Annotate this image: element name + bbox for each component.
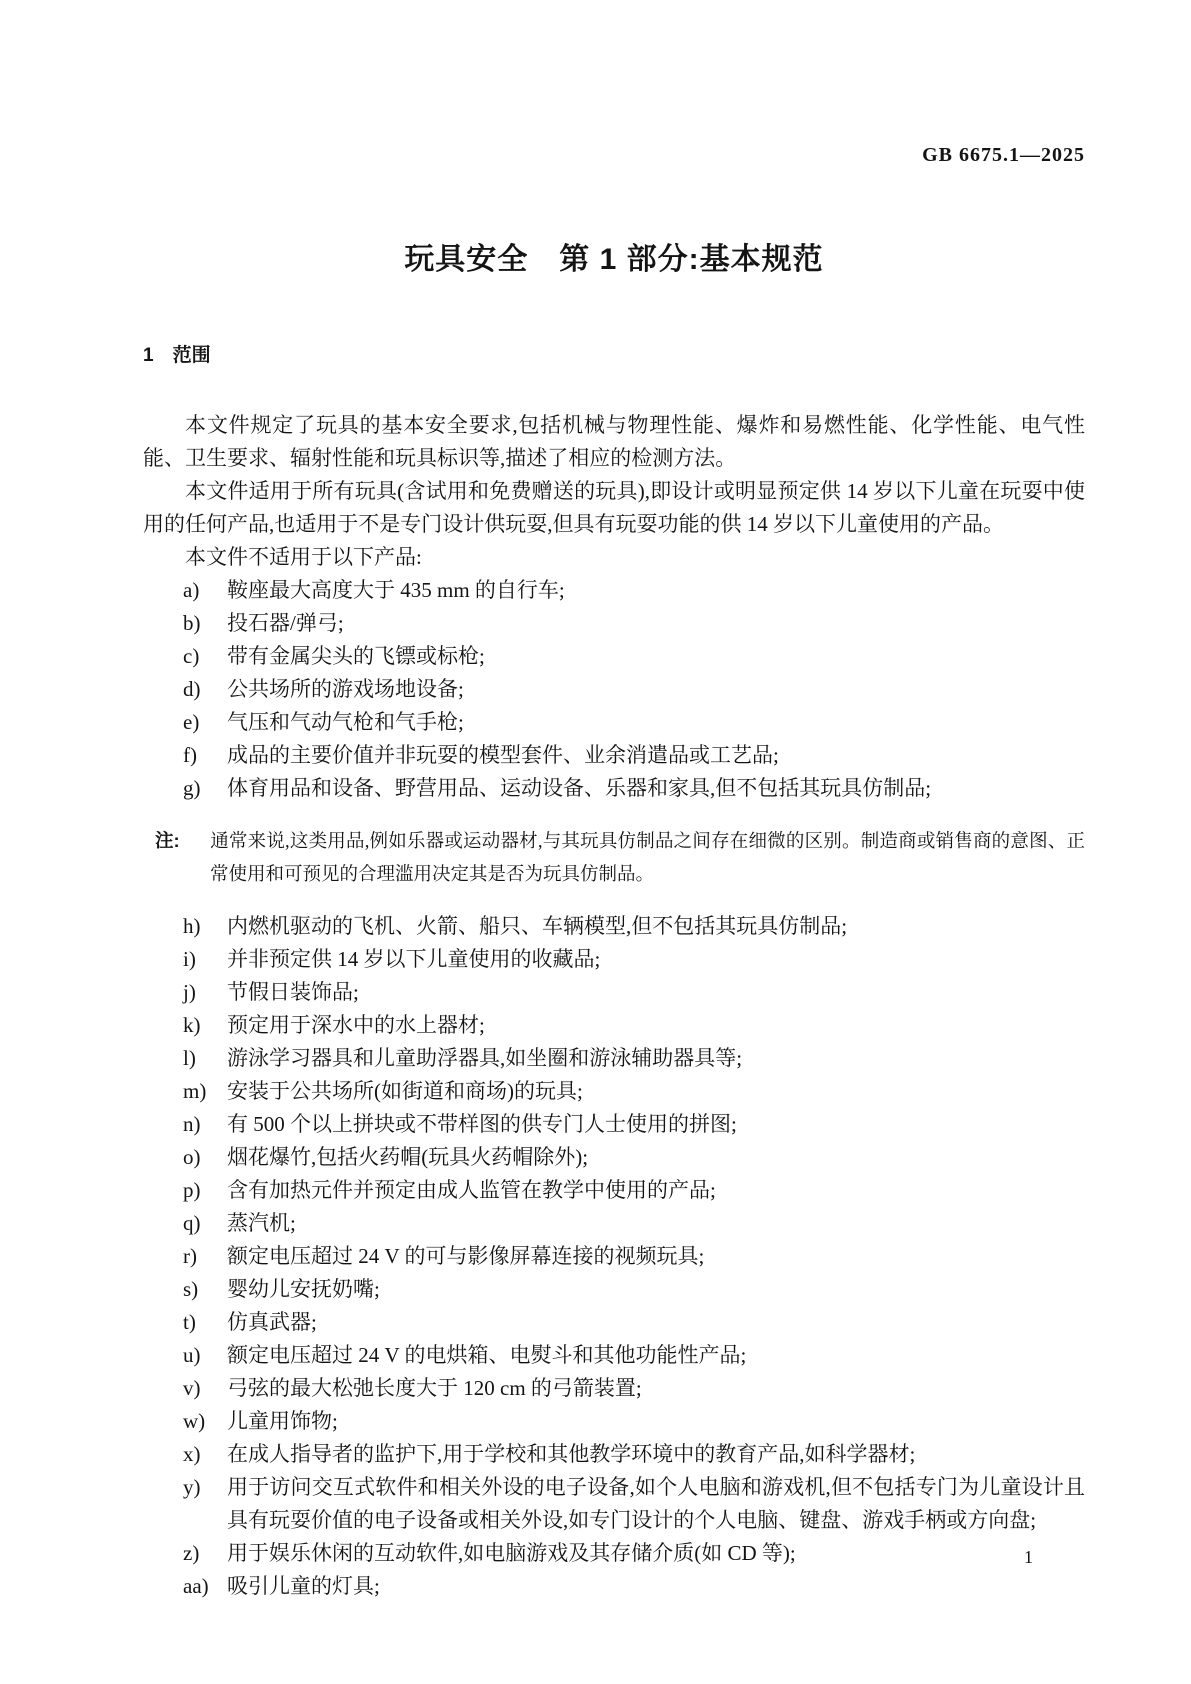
list-item: g)体育用品和设备、野营用品、运动设备、乐器和家具,但不包括其玩具仿制品;: [183, 772, 1085, 805]
list-item-text: 带有金属尖头的飞镖或标枪;: [227, 640, 1085, 673]
list-item-text: 体育用品和设备、野营用品、运动设备、乐器和家具,但不包括其玩具仿制品;: [227, 772, 1085, 805]
list-item: v)弓弦的最大松弛长度大于 120 cm 的弓箭装置;: [183, 1372, 1085, 1405]
list-item: aa)吸引儿童的灯具;: [183, 1570, 1085, 1603]
standard-number: GB 6675.1—2025: [143, 0, 1085, 165]
list-item: x)在成人指导者的监护下,用于学校和其他教学环境中的教育产品,如科学器材;: [183, 1438, 1085, 1471]
list-item-label: aa): [183, 1570, 227, 1603]
list-item: w)儿童用饰物;: [183, 1405, 1085, 1438]
list-item: l)游泳学习器具和儿童助浮器具,如坐圈和游泳辅助器具等;: [183, 1042, 1085, 1075]
list-item-label: q): [183, 1207, 227, 1240]
list-item-label: w): [183, 1405, 227, 1438]
list-item: y)用于访问交互式软件和相关外设的电子设备,如个人电脑和游戏机,但不包括专门为儿…: [183, 1471, 1085, 1537]
list-item: j)节假日装饰品;: [183, 976, 1085, 1009]
list-item-label: m): [183, 1075, 227, 1108]
list-item-label: l): [183, 1042, 227, 1075]
list-item-text: 内燃机驱动的飞机、火箭、船只、车辆模型,但不包括其玩具仿制品;: [227, 910, 1085, 943]
list-item-text: 预定用于深水中的水上器材;: [227, 1009, 1085, 1042]
list-item-text: 额定电压超过 24 V 的可与影像屏幕连接的视频玩具;: [227, 1240, 1085, 1273]
list-item: t)仿真武器;: [183, 1306, 1085, 1339]
list-item-label: x): [183, 1438, 227, 1471]
list-item-label: f): [183, 739, 227, 772]
list-item: b)投石器/弹弓;: [183, 607, 1085, 640]
list-item: r)额定电压超过 24 V 的可与影像屏幕连接的视频玩具;: [183, 1240, 1085, 1273]
list-item-text: 并非预定供 14 岁以下儿童使用的收藏品;: [227, 943, 1085, 976]
list-item-label: o): [183, 1141, 227, 1174]
list-item-label: h): [183, 910, 227, 943]
list-item-label: s): [183, 1273, 227, 1306]
list-item-text: 蒸汽机;: [227, 1207, 1085, 1240]
page-title: 玩具安全 第 1 部分:基本规范: [143, 243, 1085, 277]
list-item-text: 含有加热元件并预定由成人监管在教学中使用的产品;: [227, 1174, 1085, 1207]
list-item-text: 节假日装饰品;: [227, 976, 1085, 1009]
list-item: m)安装于公共场所(如街道和商场)的玩具;: [183, 1075, 1085, 1108]
list-item-text: 仿真武器;: [227, 1306, 1085, 1339]
list-item: h)内燃机驱动的飞机、火箭、船只、车辆模型,但不包括其玩具仿制品;: [183, 910, 1085, 943]
list-item-label: n): [183, 1108, 227, 1141]
list-item-label: t): [183, 1306, 227, 1339]
list-item-text: 在成人指导者的监护下,用于学校和其他教学环境中的教育产品,如科学器材;: [227, 1438, 1085, 1471]
section-number: 1: [143, 345, 154, 366]
list-item: i)并非预定供 14 岁以下儿童使用的收藏品;: [183, 943, 1085, 976]
list-item-text: 成品的主要价值并非玩耍的模型套件、业余消遣品或工艺品;: [227, 739, 1085, 772]
document-page: GB 6675.1—2025 玩具安全 第 1 部分:基本规范 1范围 本文件规…: [0, 0, 1191, 1684]
list-item: c)带有金属尖头的飞镖或标枪;: [183, 640, 1085, 673]
list-item-text: 安装于公共场所(如街道和商场)的玩具;: [227, 1075, 1085, 1108]
list-item-text: 公共场所的游戏场地设备;: [227, 673, 1085, 706]
list-item-label: g): [183, 772, 227, 805]
list-item-text: 弓弦的最大松弛长度大于 120 cm 的弓箭装置;: [227, 1372, 1085, 1405]
list-item-label: i): [183, 943, 227, 976]
section-title: 范围: [173, 345, 211, 366]
list-item-label: j): [183, 976, 227, 1009]
paragraph-requirements: 本文件规定了玩具的基本安全要求,包括机械与物理性能、爆炸和易燃性能、化学性能、电…: [143, 409, 1085, 475]
list-item: a)鞍座最大高度大于 435 mm 的自行车;: [183, 574, 1085, 607]
note: 注:通常来说,这类用品,例如乐器或运动器材,与其玩具仿制品之间存在细微的区别。制…: [155, 824, 1085, 892]
list-item-text: 有 500 个以上拼块或不带样图的供专门人士使用的拼图;: [227, 1108, 1085, 1141]
list-item: d)公共场所的游戏场地设备;: [183, 673, 1085, 706]
list-item-label: k): [183, 1009, 227, 1042]
list-item-label: b): [183, 607, 227, 640]
list-item: q)蒸汽机;: [183, 1207, 1085, 1240]
list-item-label: y): [183, 1471, 227, 1537]
list-item: u)额定电压超过 24 V 的电烘箱、电熨斗和其他功能性产品;: [183, 1339, 1085, 1372]
section-heading: 1范围: [143, 344, 1085, 367]
list-item-text: 气压和气动气枪和气手枪;: [227, 706, 1085, 739]
list-item-text: 用于访问交互式软件和相关外设的电子设备,如个人电脑和游戏机,但不包括专门为儿童设…: [227, 1471, 1085, 1537]
note-prefix: 注:: [155, 824, 210, 857]
list-item: e)气压和气动气枪和气手枪;: [183, 706, 1085, 739]
list-item-label: r): [183, 1240, 227, 1273]
paragraph-exclusions-intro: 本文件不适用于以下产品:: [143, 541, 1085, 574]
list-item-label: u): [183, 1339, 227, 1372]
list-item: s)婴幼儿安抚奶嘴;: [183, 1273, 1085, 1306]
scope-content: 本文件规定了玩具的基本安全要求,包括机械与物理性能、爆炸和易燃性能、化学性能、电…: [143, 409, 1085, 1603]
list-item-text: 额定电压超过 24 V 的电烘箱、电熨斗和其他功能性产品;: [227, 1339, 1085, 1372]
list-item: z)用于娱乐休闲的互动软件,如电脑游戏及其存储介质(如 CD 等);: [183, 1537, 1085, 1570]
list-item-label: p): [183, 1174, 227, 1207]
list-item-text: 鞍座最大高度大于 435 mm 的自行车;: [227, 574, 1085, 607]
list-item: k)预定用于深水中的水上器材;: [183, 1009, 1085, 1042]
list-item-label: d): [183, 673, 227, 706]
list-item-label: c): [183, 640, 227, 673]
list-item-text: 用于娱乐休闲的互动软件,如电脑游戏及其存储介质(如 CD 等);: [227, 1537, 1085, 1570]
list-item: o)烟花爆竹,包括火药帽(玩具火药帽除外);: [183, 1141, 1085, 1174]
list-item-label: e): [183, 706, 227, 739]
list-item-text: 游泳学习器具和儿童助浮器具,如坐圈和游泳辅助器具等;: [227, 1042, 1085, 1075]
list-item: n)有 500 个以上拼块或不带样图的供专门人士使用的拼图;: [183, 1108, 1085, 1141]
list-item-text: 儿童用饰物;: [227, 1405, 1085, 1438]
list-item-label: v): [183, 1372, 227, 1405]
page-number: 1: [1024, 1547, 1033, 1567]
paragraph-applicability: 本文件适用于所有玩具(含试用和免费赠送的玩具),即设计或明显预定供 14 岁以下…: [143, 475, 1085, 541]
list-item-text: 吸引儿童的灯具;: [227, 1570, 1085, 1603]
list-item-text: 烟花爆竹,包括火药帽(玩具火药帽除外);: [227, 1141, 1085, 1174]
list-item-label: z): [183, 1537, 227, 1570]
list-item: f)成品的主要价值并非玩耍的模型套件、业余消遣品或工艺品;: [183, 739, 1085, 772]
exclusion-list: a)鞍座最大高度大于 435 mm 的自行车;b)投石器/弹弓;c)带有金属尖头…: [143, 574, 1085, 1603]
list-item-text: 投石器/弹弓;: [227, 607, 1085, 640]
list-item: p)含有加热元件并预定由成人监管在教学中使用的产品;: [183, 1174, 1085, 1207]
list-item-label: a): [183, 574, 227, 607]
list-item-text: 婴幼儿安抚奶嘴;: [227, 1273, 1085, 1306]
